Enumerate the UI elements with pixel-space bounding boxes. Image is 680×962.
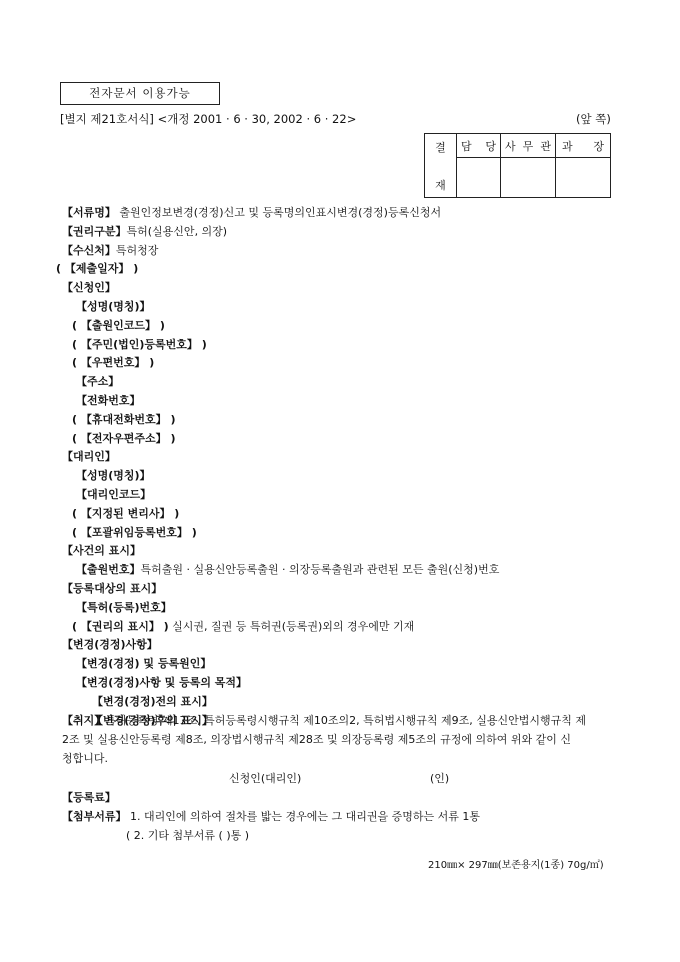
form-field-row: 【변경(경정)전의 표시】	[92, 695, 213, 709]
form-field-row: 【사건의 표시】	[62, 544, 141, 558]
page-side: (앞 쪽)	[576, 112, 611, 126]
form-field-label: 【수신처】	[62, 244, 116, 257]
form-field-row: ( 【포괄위임등록번호】 )	[72, 526, 197, 540]
form-field-row: ( 【우편번호】 )	[72, 356, 154, 370]
form-field-label: ( 【휴대전화번호】 )	[72, 413, 175, 426]
purpose-line-2: 2조 및 실용신안등록령 제8조, 의장법시행규칙 제28조 및 의장등록령 제…	[62, 733, 571, 747]
purpose-line-1: 【취지】특허등록령 제17조, 특허등록령시행규칙 제10조의2, 특허법시행규…	[62, 714, 586, 728]
form-field-label: 【대리인코드】	[76, 488, 151, 501]
form-field-label: ( 【전자우편주소】 )	[72, 432, 175, 445]
approval-sign-staff[interactable]	[457, 158, 501, 198]
form-field-label: 【주소】	[76, 375, 119, 388]
electronic-document-box: 전자문서 이용가능	[60, 82, 220, 105]
form-field-row: 【권리구분】특허(실용신안, 의장)	[62, 225, 227, 239]
approval-label: 결 재	[425, 134, 457, 198]
form-field-row: ( 【출원인코드】 )	[72, 319, 165, 333]
registration-fee: 【등록료】	[62, 791, 116, 805]
form-field-value: 특허출원 · 실용신안등록출원 · 의장등록출원과 관련된 모든 출원(신청)번…	[141, 563, 500, 576]
form-field-label: 【변경(경정)사항 및 등록의 목적】	[76, 676, 247, 689]
form-field-row: ( 【지정된 변리사】 )	[72, 507, 179, 521]
form-field-label: 【성명(명칭)】	[76, 469, 151, 482]
form-field-row: 【신청인】	[62, 281, 116, 295]
form-field-row: 【변경(경정)사항 및 등록의 목적】	[76, 676, 247, 690]
form-field-row: 【성명(명칭)】	[76, 469, 151, 483]
paper-spec: 210㎜× 297㎜(보존용지(1종) 70g/㎡)	[428, 859, 604, 873]
form-field-label: ( 【권리의 표시】 )	[72, 620, 169, 633]
form-field-row: ( 【주민(법인)등록번호】 )	[72, 338, 207, 352]
form-field-label: 【서류명】	[62, 206, 116, 219]
form-field-row: 【수신처】특허청장	[62, 244, 158, 258]
form-field-label: ( 【출원인코드】 )	[72, 319, 165, 332]
form-field-label: 【변경(경정) 및 등록원인】	[76, 657, 211, 670]
form-field-label: 【신청인】	[62, 281, 116, 294]
form-field-row: ( 【전자우편주소】 )	[72, 432, 175, 446]
form-field-label: 【변경(경정)사항】	[62, 638, 158, 651]
form-field-row: ( 【권리의 표시】 ) 실시권, 질권 등 특허권(등록권)외의 경우에만 기…	[72, 620, 414, 634]
form-field-label: ( 【우편번호】 )	[72, 356, 154, 369]
form-field-label: 【사건의 표시】	[62, 544, 141, 557]
form-field-row: 【변경(경정)사항】	[62, 638, 158, 652]
form-field-value: 실시권, 질권 등 특허권(등록권)외의 경우에만 기재	[169, 620, 415, 633]
signature-seal[interactable]: (인)	[430, 772, 449, 786]
form-field-label: 【변경(경정)전의 표시】	[92, 695, 213, 708]
approval-col-director: 과장	[556, 134, 611, 158]
form-field-label: ( 【포괄위임등록번호】 )	[72, 526, 197, 539]
form-field-label: 【출원번호】	[76, 563, 141, 576]
approval-sign-director[interactable]	[556, 158, 611, 198]
form-field-label: 【특허(등록)번호】	[76, 601, 172, 614]
form-field-row: 【변경(경정) 및 등록원인】	[76, 657, 211, 671]
form-field-label: ( 【주민(법인)등록번호】 )	[72, 338, 207, 351]
approval-sign-officer[interactable]	[501, 158, 556, 198]
form-field-label: 【권리구분】	[62, 225, 127, 238]
signature-applicant: 신청인(대리인)	[229, 772, 301, 786]
form-field-row: 【등록대상의 표시】	[62, 582, 162, 596]
form-field-value: 특허(실용신안, 의장)	[127, 225, 228, 238]
form-field-row: ( 【제출일자】 )	[56, 262, 138, 276]
approval-col-officer: 사무관	[501, 134, 556, 158]
attachments-line-2: ( 2. 기타 첨부서류 ( )통 )	[126, 829, 249, 843]
form-field-row: 【서류명】 출원인정보변경(경정)신고 및 등록명의인표시변경(경정)등록신청서	[62, 206, 441, 220]
form-field-value: 특허청장	[116, 244, 159, 257]
form-field-label: 【등록대상의 표시】	[62, 582, 162, 595]
attachments-line-1: 【첨부서류】 1. 대리인에 의하여 절차를 밟는 경우에는 그 대리권을 증명…	[62, 810, 480, 824]
form-field-label: 【성명(명칭)】	[76, 300, 151, 313]
form-number: [별지 제21호서식] <개정 2001 · 6 · 30, 2002 · 6 …	[60, 112, 356, 126]
form-field-row: 【주소】	[76, 375, 119, 389]
form-field-label: ( 【지정된 변리사】 )	[72, 507, 179, 520]
form-field-row: 【대리인코드】	[76, 488, 151, 502]
form-field-row: 【성명(명칭)】	[76, 300, 151, 314]
form-field-label: 【전화번호】	[76, 394, 141, 407]
form-field-label: 【대리인】	[62, 450, 116, 463]
form-field-row: 【출원번호】특허출원 · 실용신안등록출원 · 의장등록출원과 관련된 모든 출…	[76, 563, 499, 577]
form-field-value: 출원인정보변경(경정)신고 및 등록명의인표시변경(경정)등록신청서	[116, 206, 441, 219]
form-field-row: 【전화번호】	[76, 394, 141, 408]
approval-table: 결 재 담당 사무관 과장	[424, 133, 611, 198]
form-field-label: ( 【제출일자】 )	[56, 262, 138, 275]
purpose-line-3: 청합니다.	[62, 752, 108, 766]
form-field-row: ( 【휴대전화번호】 )	[72, 413, 175, 427]
approval-col-staff: 담당	[457, 134, 501, 158]
form-field-row: 【대리인】	[62, 450, 116, 464]
form-field-row: 【특허(등록)번호】	[76, 601, 172, 615]
